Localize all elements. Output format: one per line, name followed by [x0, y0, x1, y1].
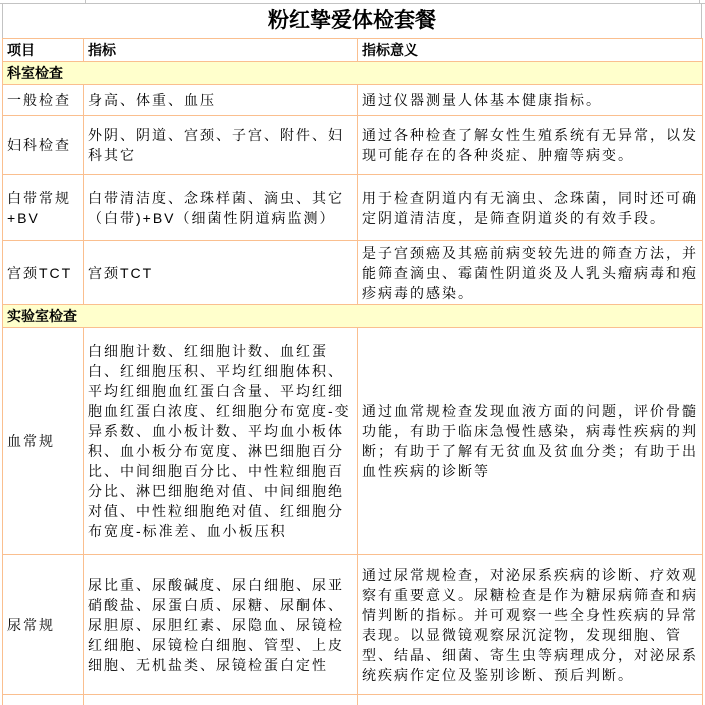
table-row: 白带常规+BV 白带清洁度、念珠样菌、滴虫、其它（白带)+BV（细菌性阴道病监测… — [3, 175, 703, 241]
header-row: 项目 指标 指标意义 — [3, 39, 703, 62]
indicator-cell[interactable]: 外阴、阴道、宫颈、子宫、附件、妇科其它 — [84, 116, 358, 175]
meaning-cell[interactable]: 通过尿常规检查，对泌尿系疾病的诊断、疗效观察有重要意义。尿糖检查是作为糖尿病筛查… — [358, 555, 703, 695]
meaning-cell[interactable]: 通过血常规检查发现血液方面的问题，评价骨髓功能，有助于临床急慢性感染，病毒性疾病… — [358, 328, 703, 555]
table-row: 妇科检查 外阴、阴道、宫颈、子宫、附件、妇科其它 通过各种检查了解女性生殖系统有… — [3, 116, 703, 175]
item-cell[interactable]: 尿常规 — [3, 555, 84, 695]
page-title: 粉红挚爱体检套餐 — [2, 4, 702, 38]
item-cell[interactable]: 一般检查 — [3, 85, 84, 116]
item-cell[interactable]: 血常规 — [3, 328, 84, 555]
meaning-cell[interactable]: 是子宫颈癌及其癌前病变较先进的筛查方法，并能筛查滴虫、霉菌性阴道炎及人乳头瘤病毒… — [358, 241, 703, 305]
section-row-department: 科室检查 — [3, 62, 703, 85]
table-area: 粉红挚爱体检套餐 项目 指标 指标意义 科室检查 一般检查 身高、体重、血压 通… — [2, 4, 702, 705]
meaning-cell[interactable]: 通过各种检查了解女性生殖系统有无异常，以发现可能存在的各种炎症、肿瘤等病变。 — [358, 116, 703, 175]
empty-cell[interactable] — [3, 695, 84, 705]
section-title[interactable]: 科室检查 — [3, 62, 703, 85]
table-row: 宫颈TCT 宫颈TCT 是子宫颈癌及其癌前病变较先进的筛查方法，并能筛查滴虫、霉… — [3, 241, 703, 305]
empty-cell[interactable] — [358, 695, 703, 705]
indicator-cell[interactable]: 白细胞计数、红细胞计数、血红蛋白、红细胞压积、平均红细胞体积、平均红细胞血红蛋白… — [84, 328, 358, 555]
col-header-meaning[interactable]: 指标意义 — [358, 39, 703, 62]
indicator-cell[interactable]: 白带清洁度、念珠样菌、滴虫、其它（白带)+BV（细菌性阴道病监测） — [84, 175, 358, 241]
spreadsheet: 粉红挚爱体检套餐 项目 指标 指标意义 科室检查 一般检查 身高、体重、血压 通… — [0, 0, 705, 705]
item-cell[interactable]: 白带常规+BV — [3, 175, 84, 241]
meaning-cell[interactable]: 用于检查阴道内有无滴虫、念珠菌，同时还可确定阴道清洁度，是筛查阴道炎的有效手段。 — [358, 175, 703, 241]
section-row-laboratory: 实验室检查 — [3, 305, 703, 328]
table-row: 血常规 白细胞计数、红细胞计数、血红蛋白、红细胞压积、平均红细胞体积、平均红细胞… — [3, 328, 703, 555]
clipped-empty-row — [3, 695, 703, 705]
item-cell[interactable]: 妇科检查 — [3, 116, 84, 175]
empty-cell[interactable] — [84, 695, 358, 705]
meaning-cell[interactable]: 通过仪器测量人体基本健康指标。 — [358, 85, 703, 116]
indicator-cell[interactable]: 身高、体重、血压 — [84, 85, 358, 116]
col-header-indicator[interactable]: 指标 — [84, 39, 358, 62]
grid-tick — [85, 0, 86, 3]
item-cell[interactable]: 宫颈TCT — [3, 241, 84, 305]
table-row: 一般检查 身高、体重、血压 通过仪器测量人体基本健康指标。 — [3, 85, 703, 116]
indicator-cell[interactable]: 尿比重、尿酸碱度、尿白细胞、尿亚硝酸盐、尿蛋白质、尿糖、尿酮体、尿胆原、尿胆红素… — [84, 555, 358, 695]
sheet-grid-edge — [0, 0, 705, 4]
indicator-cell[interactable]: 宫颈TCT — [84, 241, 358, 305]
col-header-item[interactable]: 项目 — [3, 39, 84, 62]
section-title[interactable]: 实验室检查 — [3, 305, 703, 328]
checkup-package-table: 项目 指标 指标意义 科室检查 一般检查 身高、体重、血压 通过仪器测量人体基本… — [2, 38, 703, 705]
grid-tick — [699, 0, 700, 3]
table-row: 尿常规 尿比重、尿酸碱度、尿白细胞、尿亚硝酸盐、尿蛋白质、尿糖、尿酮体、尿胆原、… — [3, 555, 703, 695]
